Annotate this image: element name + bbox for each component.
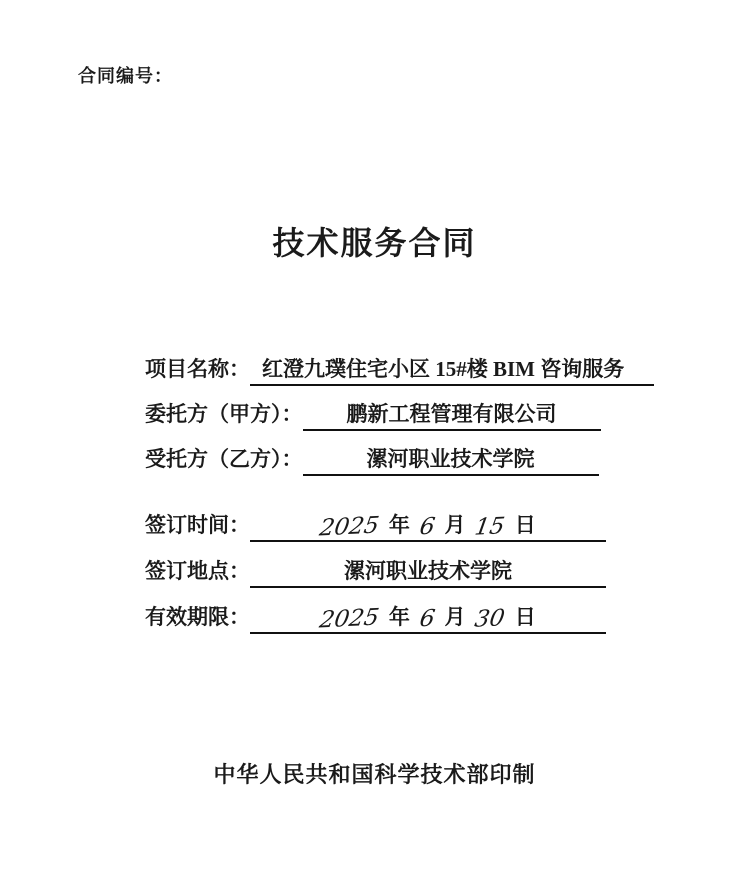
year-character: 年 <box>389 602 410 632</box>
parties-block: 项目名称： 红澄九璞住宅小区 15#楼 BIM 咨询服务 委托方（甲方）： 鹏新… <box>145 352 655 487</box>
party-b-row: 受托方（乙方）： 漯河职业技术学院 <box>145 442 655 476</box>
project-name-label: 项目名称： <box>145 354 250 386</box>
page-title: 技术服务合同 <box>0 218 749 264</box>
sign-time-year-handwritten: 2025 <box>318 512 381 541</box>
valid-period-value: 2025 年 6 月 30 日 <box>250 602 606 634</box>
contract-number-label: 合同编号： <box>78 62 173 88</box>
project-name-row: 项目名称： 红澄九璞住宅小区 15#楼 BIM 咨询服务 <box>145 352 655 386</box>
valid-period-month-handwritten: 6 <box>418 606 437 633</box>
dates-block: 签订时间： 2025 年 6 月 15 日 签订地点： 漯河职业技术学院 有效期… <box>145 508 655 646</box>
sign-place-value: 漯河职业技术学院 <box>250 556 606 588</box>
party-a-value: 鹏新工程管理有限公司 <box>303 399 601 431</box>
year-character: 年 <box>389 510 410 540</box>
sign-time-month-handwritten: 6 <box>418 514 437 541</box>
valid-period-year-handwritten: 2025 <box>318 604 381 633</box>
sign-time-day-handwritten: 15 <box>473 513 507 540</box>
party-b-value: 漯河职业技术学院 <box>303 444 599 476</box>
valid-period-day-handwritten: 30 <box>473 605 507 632</box>
sign-place-label: 签订地点： <box>145 556 250 588</box>
project-name-value: 红澄九璞住宅小区 15#楼 BIM 咨询服务 <box>250 354 654 386</box>
valid-period-label: 有效期限： <box>145 602 250 634</box>
issuing-authority-footer: 中华人民共和国科学技术部印制 <box>0 758 749 789</box>
sign-time-row: 签订时间： 2025 年 6 月 15 日 <box>145 508 655 542</box>
party-a-label: 委托方（甲方）： <box>145 399 303 431</box>
contract-cover-page: 合同编号： 技术服务合同 项目名称： 红澄九璞住宅小区 15#楼 BIM 咨询服… <box>0 0 749 895</box>
day-character: 日 <box>515 510 536 540</box>
sign-time-value: 2025 年 6 月 15 日 <box>250 510 606 542</box>
valid-period-row: 有效期限： 2025 年 6 月 30 日 <box>145 600 655 634</box>
party-a-row: 委托方（甲方）： 鹏新工程管理有限公司 <box>145 397 655 431</box>
month-character: 月 <box>444 602 465 632</box>
day-character: 日 <box>515 602 536 632</box>
party-b-label: 受托方（乙方）： <box>145 444 303 476</box>
month-character: 月 <box>444 510 465 540</box>
sign-time-label: 签订时间： <box>145 510 250 542</box>
sign-place-row: 签订地点： 漯河职业技术学院 <box>145 554 655 588</box>
